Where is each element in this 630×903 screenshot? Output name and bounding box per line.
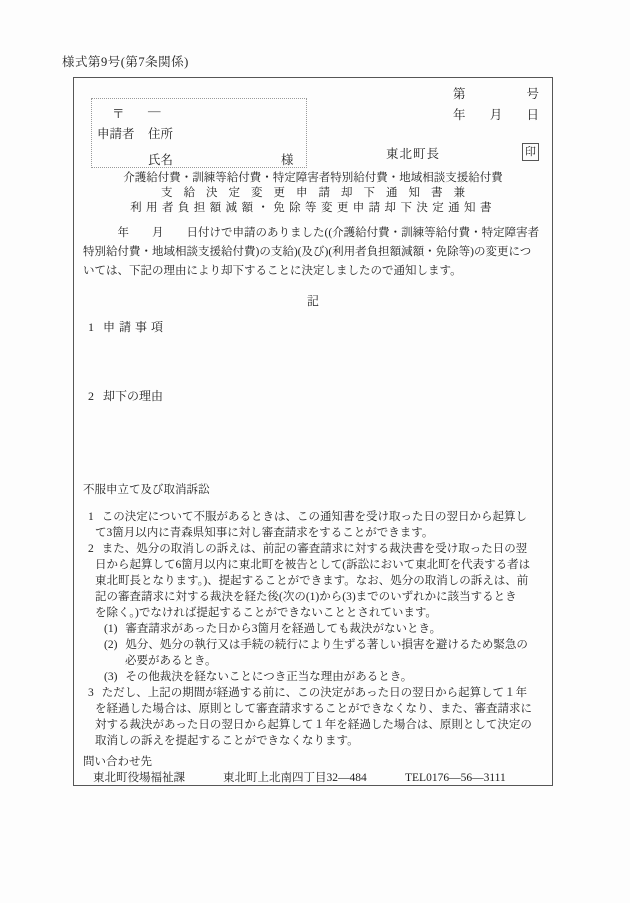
contact-address: 東北町上北南四丁目32―484 <box>223 770 405 786</box>
appeal-subitem-1: (1)審査請求があった日から3箇月を経過しても裁決がないとき。 <box>83 621 543 637</box>
appeal-subitem-3-number: (3) <box>104 671 117 683</box>
notice-form-box: 第号 年月日 〒 ― 申請者 住所 氏名 様 東北町長 印 介護給付費・訓練等給… <box>73 77 553 786</box>
section-2-row: 2却下の理由 <box>83 388 543 405</box>
appeal-subitem-1-number: (1) <box>104 623 117 635</box>
appeal-item-1-number: 1 <box>88 511 94 523</box>
postal-mark: 〒 <box>112 104 125 122</box>
form-title: 介護給付費・訓練等給付費・特定障害者特別給付費・地域相談支援給付費 支給決定変更… <box>83 171 543 216</box>
form-style-number: 様式第9号(第7条関係) <box>62 52 189 70</box>
notice-body-text: 年 月 日付けで申請のありました((介護給付費・訓練等給付費・特定障害者 特別給… <box>83 224 543 281</box>
appeal-section-heading: 不服申立て及び取消訴訟 <box>83 482 543 498</box>
appeal-subitem-3: (3)その他裁決を経ないことにつき正当な理由があるとき。 <box>83 669 543 685</box>
addressee-mayor: 東北町長 <box>386 144 440 162</box>
applicant-address-box: 〒 ― 申請者 住所 氏名 様 <box>91 98 307 168</box>
section-1-number: 1 <box>88 320 94 334</box>
appeal-subitem-3-text: その他裁決を経ないことにつき正当な理由があるとき。 <box>125 671 412 683</box>
appeal-item-3: 3ただし、上記の期間が経過する前に、この決定があった日の翌日から起算して１年 を… <box>83 685 543 749</box>
date-year-label: 年 <box>453 105 466 123</box>
appeal-item-1-text: この決定について不服があるときは、この通知書を受け取った日の翌日から起算し て3… <box>95 511 527 539</box>
section-2-label: 却下の理由 <box>103 389 163 403</box>
form-title-line3: 利用者負担額減額・免除等変更申請却下決定通知書 <box>83 201 543 216</box>
form-title-line2-main: 支給決定変更申請却下通知書 <box>161 187 454 199</box>
form-header: 第号 年月日 〒 ― 申請者 住所 氏名 様 東北町長 印 <box>74 78 552 171</box>
doc-number-prefix: 第 <box>453 84 466 102</box>
contact-phone: TEL0176―56―3111 <box>405 772 506 784</box>
appeal-list: 1この決定について不服があるときは、この通知書を受け取った日の翌日から起算し て… <box>83 509 543 749</box>
seal-mark: 印 <box>522 143 539 161</box>
appeal-item-2: 2また、処分の取消しの訴えは、前記の審査請求に対する裁決書を受け取った日の翌 日… <box>83 541 543 621</box>
contact-department: 東北町役場福祉課 <box>93 770 223 786</box>
appeal-item-2-text: また、処分の取消しの訴えは、前記の審査請求に対する裁決書を受け取った日の翌 日か… <box>95 543 530 619</box>
form-title-line2-suffix: 兼 <box>454 187 466 199</box>
document-number-row: 第号 <box>453 84 539 102</box>
contact-heading: 問い合わせ先 <box>83 754 543 770</box>
date-month-label: 月 <box>490 105 503 123</box>
appeal-subitem-2: (2)処分、処分の執行又は手続の続行により生ずる著しい損害を避けるため緊急の 必… <box>83 637 543 669</box>
appeal-item-3-text: ただし、上記の期間が経過する前に、この決定があった日の翌日から起算して１年 を経… <box>95 687 532 747</box>
document-page: 様式第9号(第7条関係) 第号 年月日 〒 ― 申請者 住所 氏名 様 東北町長… <box>0 0 630 903</box>
appeal-subitem-2-number: (2) <box>104 639 117 651</box>
section-2-number: 2 <box>88 389 94 403</box>
doc-number-suffix: 号 <box>526 84 539 102</box>
date-row: 年月日 <box>453 105 539 123</box>
appeal-subitem-2-text: 処分、処分の執行又は手続の続行により生ずる著しい損害を避けるため緊急の 必要があ… <box>125 639 528 667</box>
appeal-item-1: 1この決定について不服があるときは、この通知書を受け取った日の翌日から起算し て… <box>83 509 543 541</box>
appeal-item-2-number: 2 <box>88 543 94 555</box>
contact-info-row: 東北町役場福祉課東北町上北南四丁目32―484TEL0176―56―3111 <box>83 770 543 786</box>
appeal-subitem-1-text: 審査請求があった日から3箇月を経過しても裁決がないとき。 <box>125 623 441 635</box>
section-1-row: 1申請事項 <box>83 319 543 336</box>
postal-code-dash: ― <box>148 104 161 119</box>
applicant-label: 申請者 <box>97 124 135 142</box>
date-day-label: 日 <box>526 105 539 123</box>
section-1-label: 申請事項 <box>103 320 167 334</box>
record-heading: 記 <box>83 292 543 310</box>
appeal-item-3-number: 3 <box>88 687 94 699</box>
form-title-line2: 支給決定変更申請却下通知書兼 <box>83 186 543 201</box>
name-label: 氏名 <box>148 150 173 168</box>
form-title-line1: 介護給付費・訓練等給付費・特定障害者特別給付費・地域相談支援給付費 <box>83 171 543 186</box>
address-label: 住所 <box>148 124 173 142</box>
honorific-label: 様 <box>281 150 294 168</box>
